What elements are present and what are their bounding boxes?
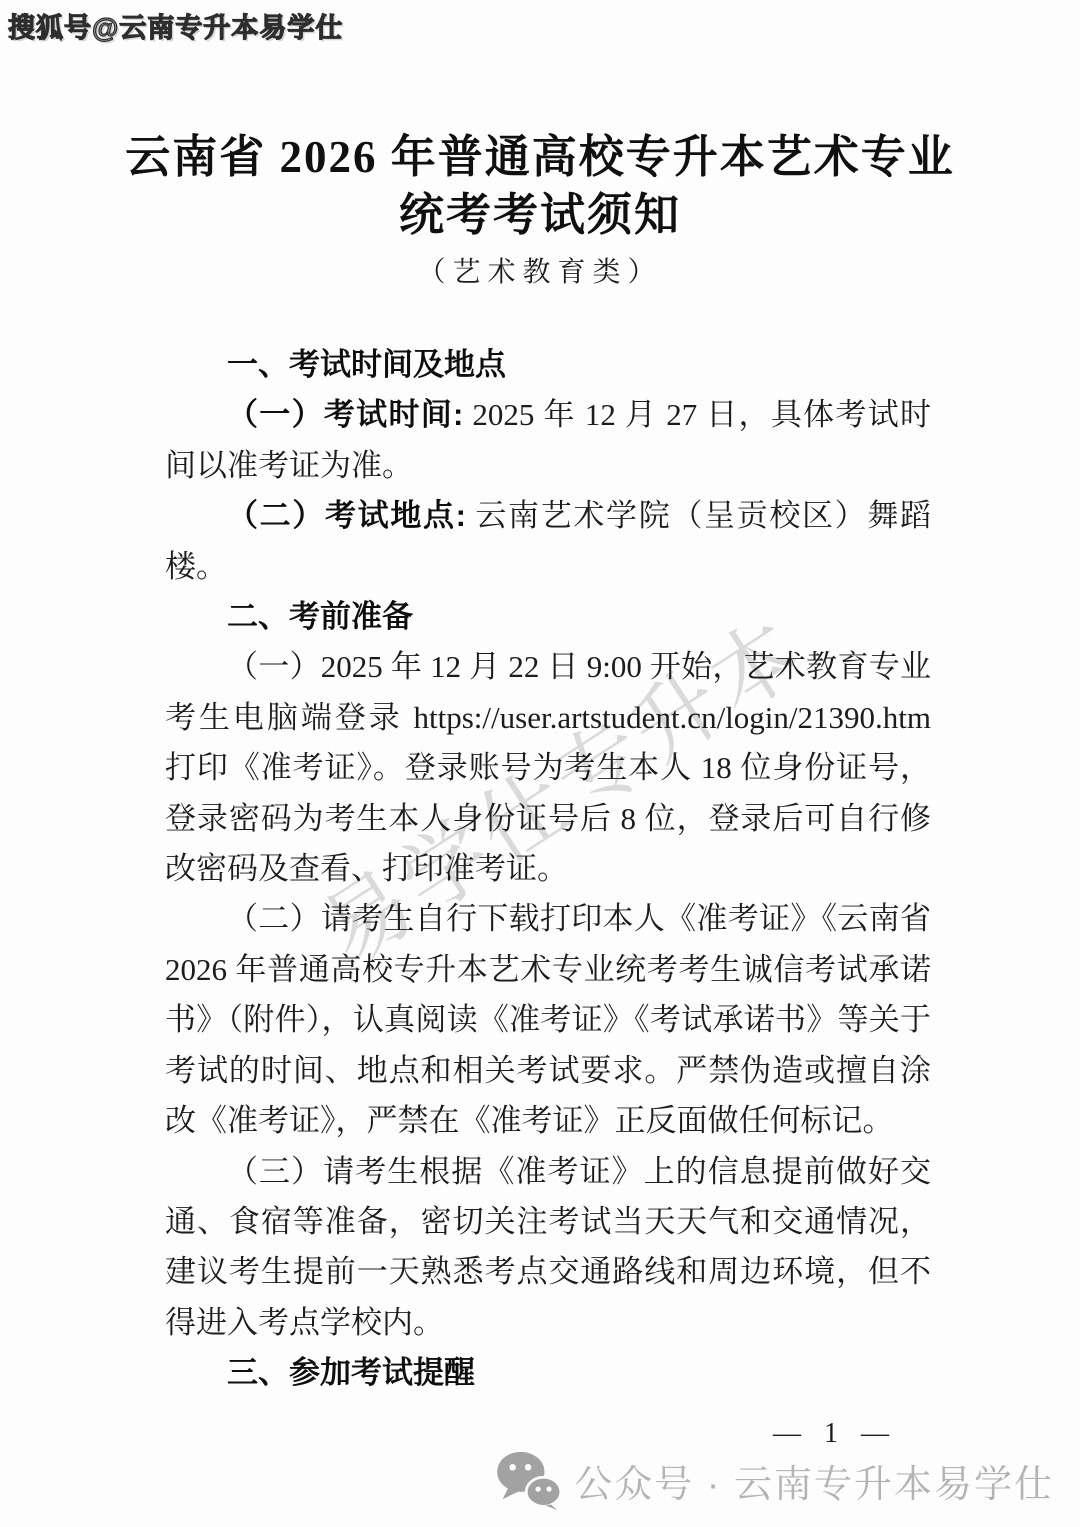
document-title-line2: 统考考试须知 (0, 186, 1080, 244)
sohu-account-watermark: 搜狐号@云南专升本易学仕 (8, 6, 343, 45)
paragraph: （二）请考生自行下载打印本人《准考证》《云南省 2026 年普通高校专升本艺术专… (165, 894, 931, 1146)
document-body: 一、考试时间及地点（一）考试时间: 2025 年 12 月 27 日，具体考试时… (165, 340, 931, 1399)
section-heading: 二、考前准备 (165, 592, 931, 642)
page-number: — 1 — (745, 1418, 925, 1450)
paragraph: （一）2025 年 12 月 22 日 9:00 开始，艺术教育专业考生电脑端登… (165, 642, 931, 894)
section-heading: 一、考试时间及地点 (165, 340, 931, 390)
paragraph: （二）考试地点: 云南艺术学院（呈贡校区）舞蹈楼。 (165, 491, 931, 592)
wechat-icon (496, 1450, 562, 1510)
document-subtitle: （艺术教育类） (0, 250, 1080, 290)
paragraph-lead: （二）考试地点: (227, 498, 466, 533)
document-title-line1: 云南省 2026 年普通高校专升本艺术专业 (0, 128, 1080, 186)
paragraph-lead: （一）考试时间: (227, 397, 463, 432)
footer-account-label: 公众号 · 云南专升本易学仕 (574, 1453, 1054, 1508)
section-heading: 三、参加考试提醒 (165, 1348, 931, 1398)
document-page: 搜狐号@云南专升本易学仕 云南省 2026 年普通高校专升本艺术专业 统考考试须… (0, 0, 1080, 1527)
document-title: 云南省 2026 年普通高校专升本艺术专业 统考考试须知 (0, 128, 1080, 244)
paragraph: （三）请考生根据《准考证》上的信息提前做好交通、食宿等准备，密切关注考试当天天气… (165, 1147, 931, 1349)
footer: 公众号 · 云南专升本易学仕 (496, 1450, 1054, 1510)
paragraph: （一）考试时间: 2025 年 12 月 27 日，具体考试时间以准考证为准。 (165, 390, 931, 491)
